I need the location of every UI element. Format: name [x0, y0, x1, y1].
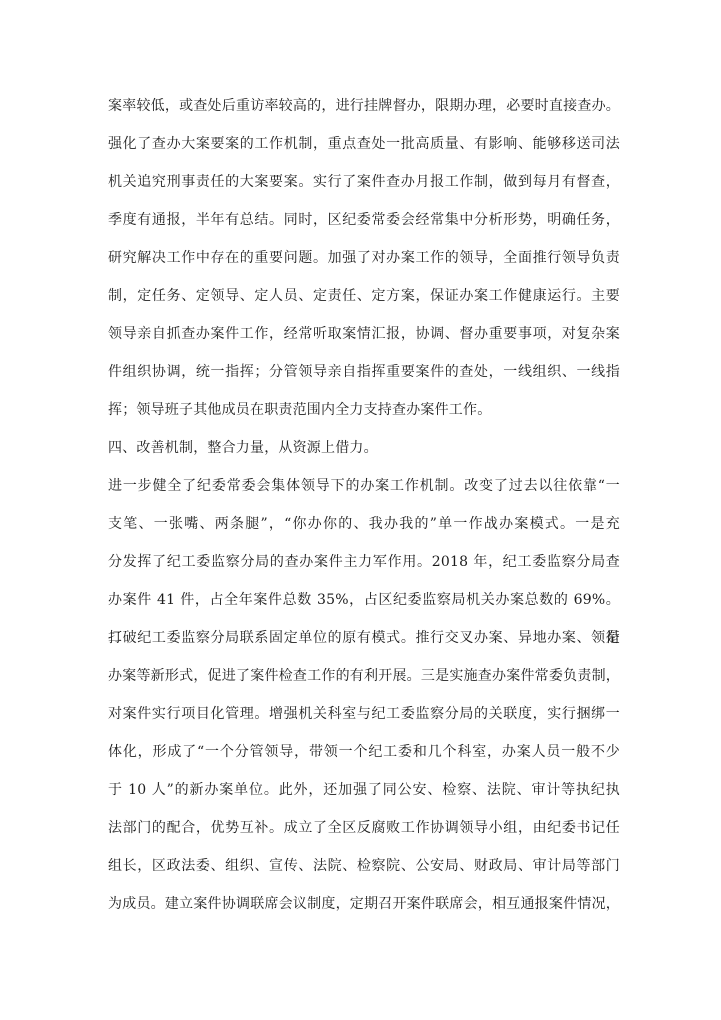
text-line: 件组织协调，统一指挥；分管领导亲自指挥重要案件的查处，一线组织、一线指: [108, 353, 620, 391]
text-line: 办案件 41 件，占全年案件总数 35%，占区纪委监察局机关办案总数的 69%。…: [108, 581, 620, 619]
text-line: 分发挥了纪工委监察分局的查办案件主力军作用。2018 年，纪工委监察分局查: [108, 543, 620, 581]
text-line: 组长，区政法委、组织、宣传、法院、检察院、公安局、财政局、审计局等部门: [108, 847, 620, 885]
text-line: 强化了查办大案要案的工作机制，重点查处一批高质量、有影响、能够移送司法: [108, 125, 620, 163]
text-line: 挥；领导班子其他成员在职责范围内全力支持查办案件工作。: [108, 391, 620, 429]
document-page: 案率较低，或查处后重访率较高的，进行挂牌督办，限期办理，必要时直接查办。 强化了…: [0, 0, 721, 1020]
text-line: 于 10 人”的新办案单位。此外，还加强了同公安、检察、法院、审计等执纪执: [108, 771, 620, 809]
text-line: 领导亲自抓查办案件工作，经常听取案情汇报，协调、督办重要事项，对复杂案: [108, 315, 620, 353]
text-line: 办案等新形式，促进了案件检查工作的有利开展。三是实施查办案件常委负责制，: [108, 657, 620, 695]
text-line: 进一步健全了纪委常委会集体领导下的办案工作机制。改变了过去以往依靠“一: [108, 467, 620, 505]
text-line: 法部门的配合，优势互补。成立了全区反腐败工作协调领导小组，由纪委书记任: [108, 809, 620, 847]
text-line: 机关追究刑事责任的大案要案。实行了案件查办月报工作制，做到每月有督查，: [108, 163, 620, 201]
text-line: 体化，形成了“一个分管领导，带领一个纪工委和几个科室，办案人员一般不少: [108, 733, 620, 771]
text-line: 支笔、一张嘴、两条腿”，“你办你的、我办我的”单一作战办案模式。一是充: [108, 505, 620, 543]
text-line: 对案件实行项目化管理。增强机关科室与纪工委监察分局的关联度，实行捆绑一: [108, 695, 620, 733]
text-line: 季度有通报，半年有总结。同时，区纪委常委会经常集中分析形势，明确任务，: [108, 201, 620, 239]
text-line: 制，定任务、定领导、定人员、定责任、定方案，保证办案工作健康运行。主要: [108, 277, 620, 315]
text-line: 为成员。建立案件协调联席会议制度，定期召开案件联席会，相互通报案件情况，: [108, 885, 620, 923]
document-text-block: 案率较低，或查处后重访率较高的，进行挂牌督办，限期办理，必要时直接查办。 强化了…: [108, 87, 620, 923]
text-line: 案率较低，或查处后重访率较高的，进行挂牌督办，限期办理，必要时直接查办。: [108, 87, 620, 125]
text-line: 研究解决工作中存在的重要问题。加强了对办案工作的领导，全面推行领导负责: [108, 239, 620, 277]
text-line: 打破纪工委监察分局联系固定单位的原有模式。推行交叉办案、异地办案、领衔: [108, 619, 620, 657]
section-heading: 四、改善机制，整合力量，从资源上借力。: [108, 429, 620, 467]
